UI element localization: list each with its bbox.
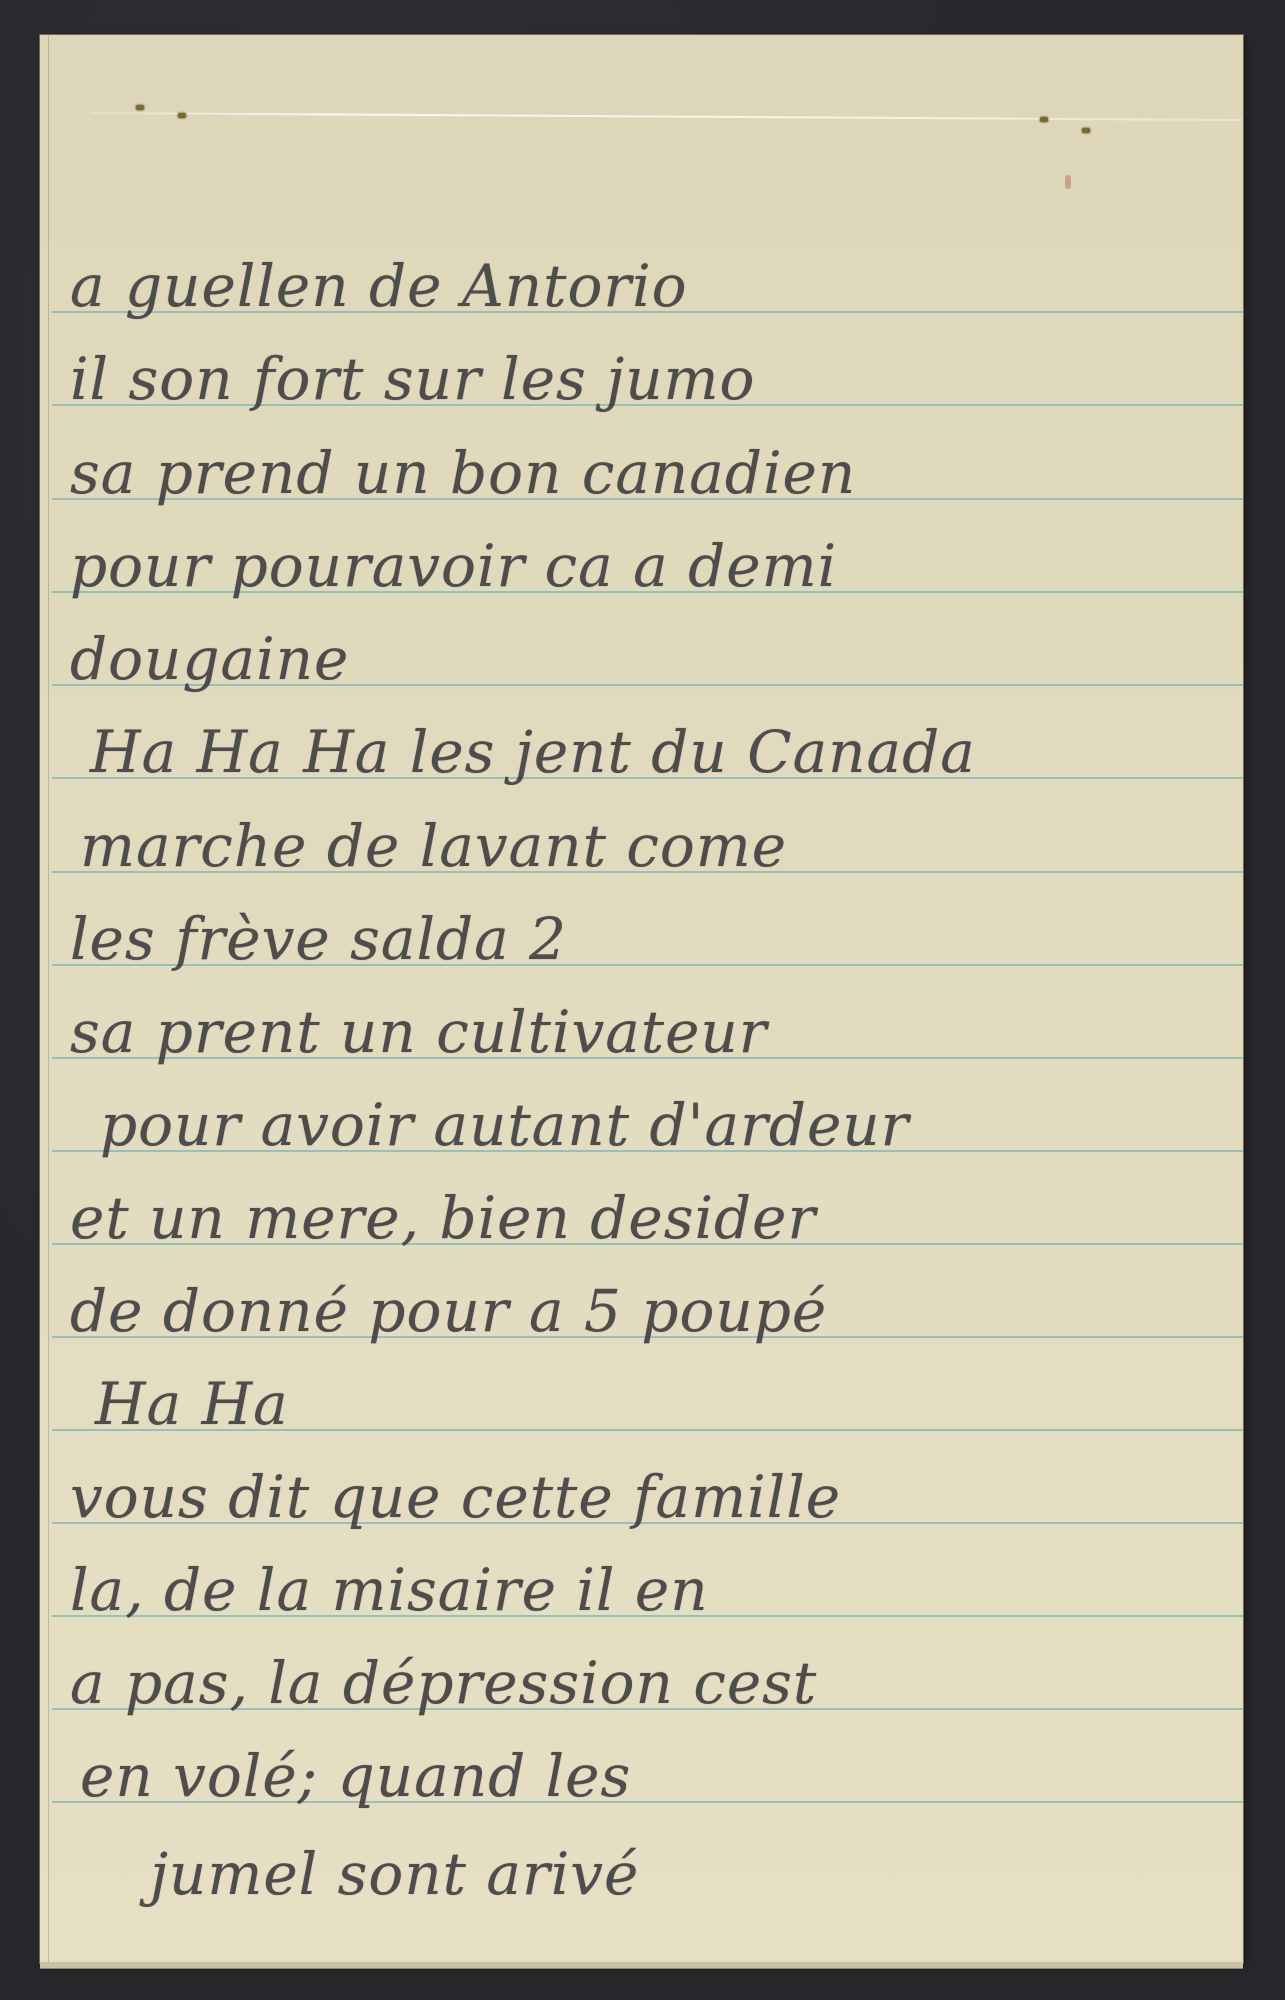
staple-hole-icon	[136, 105, 144, 110]
handwritten-line: les frève salda 2	[70, 910, 567, 968]
handwritten-line: dougaine	[70, 630, 349, 688]
staple-hole-icon	[1040, 117, 1048, 122]
handwritten-line: de donné pour a 5 poupé	[70, 1282, 827, 1340]
handwritten-line: pour avoir autant d'ardeur	[100, 1096, 909, 1154]
handwritten-line: sa prend un bon canadien	[70, 444, 856, 502]
handwritten-line: la, de la misaire il en	[70, 1561, 709, 1619]
handwritten-line: pour pouravoir ca a demi	[70, 537, 837, 595]
paper-stack-edge	[40, 1962, 1243, 1969]
handwritten-line: marche de lavant come	[80, 817, 787, 875]
handwritten-line: jumel sont arivé	[150, 1845, 639, 1903]
staple-hole-icon	[178, 113, 186, 118]
staple-hole-icon	[1082, 128, 1090, 133]
handwritten-line: et un mere, bien desider	[70, 1189, 816, 1247]
handwritten-line: a guellen de Antorio	[70, 257, 688, 315]
paper-left-edge	[48, 35, 49, 1963]
fold-crease	[90, 112, 1243, 121]
handwritten-line: il son fort sur les jumo	[70, 350, 755, 408]
handwritten-line: a pas, la dépression cest	[70, 1654, 817, 1712]
handwritten-line: en volé; quand les	[80, 1747, 631, 1805]
handwritten-line: Ha Ha Ha les jent du Canada	[90, 723, 976, 781]
notepad-page: a guellen de Antorio il son fort sur les…	[40, 35, 1243, 1963]
handwritten-line: sa prent un cultivateur	[70, 1003, 768, 1061]
handwritten-line: Ha Ha	[95, 1375, 289, 1433]
handwritten-line: vous dit que cette famille	[70, 1468, 841, 1526]
red-pencil-mark	[1065, 175, 1071, 189]
